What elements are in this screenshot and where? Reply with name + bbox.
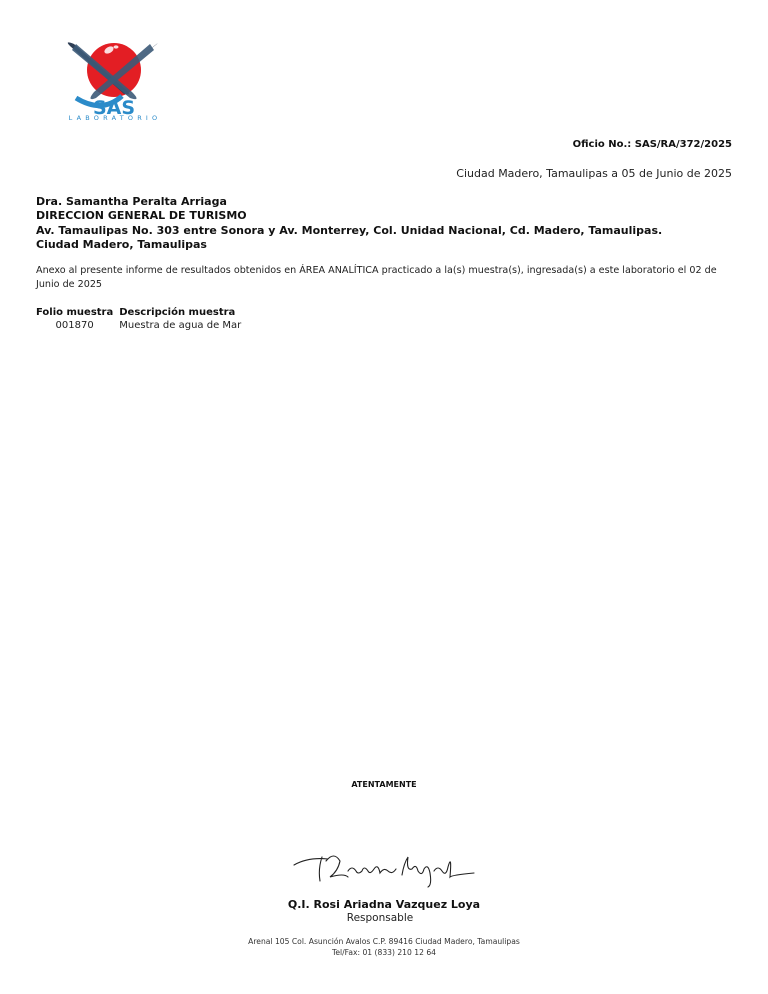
oficio-number: Oficio No.: SAS/RA/372/2025 (573, 139, 732, 150)
footer: Arenal 105 Col. Asunción Avalos C.P. 894… (0, 936, 768, 958)
recipient-address: Av. Tamaulipas No. 303 entre Sonora y Av… (36, 224, 662, 238)
place-date: Ciudad Madero, Tamaulipas a 05 de Junio … (456, 167, 732, 180)
header-folio: Folio muestra (36, 306, 119, 319)
sample-folio: 001870 (36, 319, 119, 332)
table-header-row: Folio muestra Descripción muestra (36, 306, 247, 319)
logo-subtitle: LABORATORIO (62, 114, 168, 122)
recipient-city: Ciudad Madero, Tamaulipas (36, 238, 662, 252)
header-description: Descripción muestra (119, 306, 247, 319)
annex-text: Anexo al presente informe de resultados … (36, 264, 732, 292)
closing-salutation: ATENTAMENTE (0, 780, 768, 789)
recipient-office: DIRECCION GENERAL DE TURISMO (36, 209, 662, 223)
footer-address: Arenal 105 Col. Asunción Avalos C.P. 894… (0, 936, 768, 947)
footer-phone: Tel/Fax: 01 (833) 210 12 64 (0, 947, 768, 958)
signature-image (288, 847, 478, 891)
sas-laboratorio-logo: SAS (62, 36, 166, 124)
sample-description: Muestra de agua de Mar (119, 319, 247, 332)
table-row: 001870 Muestra de agua de Mar (36, 319, 247, 332)
signer-role: Responsable (0, 912, 760, 924)
samples-table: Folio muestra Descripción muestra 001870… (36, 306, 247, 332)
recipient-block: Dra. Samantha Peralta Arriaga DIRECCION … (36, 195, 662, 253)
recipient-name: Dra. Samantha Peralta Arriaga (36, 195, 662, 209)
signer-name: Q.I. Rosi Ariadna Vazquez Loya (0, 898, 768, 911)
